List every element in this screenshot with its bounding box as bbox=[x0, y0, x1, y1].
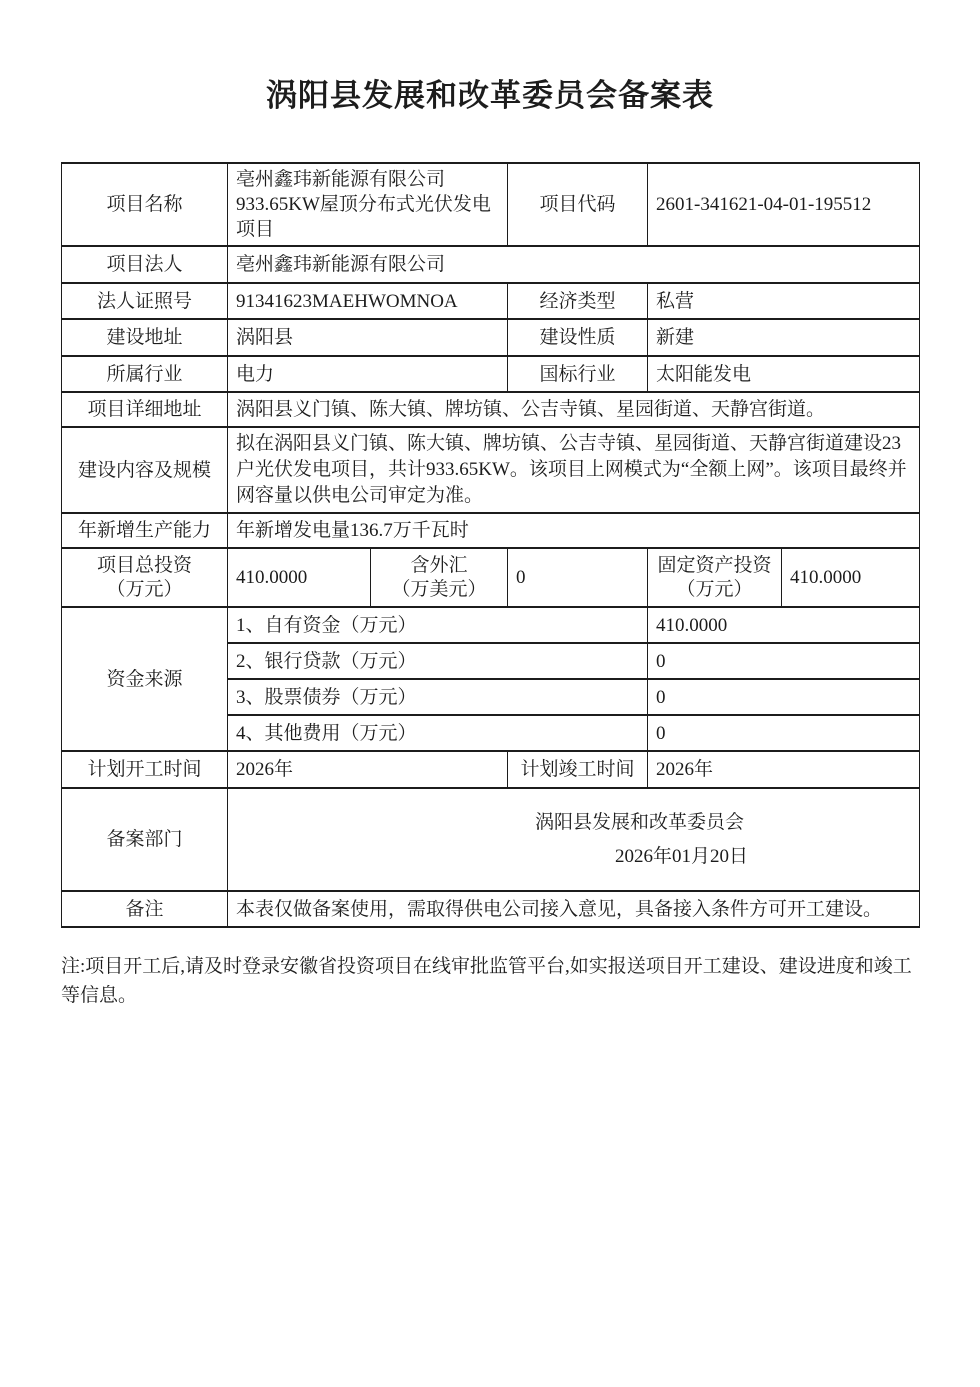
project-name-label: 项目名称 bbox=[62, 163, 228, 246]
funding-label: 资金来源 bbox=[62, 607, 228, 751]
license-no-value: 91341623MAEHWOMNOA bbox=[228, 283, 508, 319]
document-title: 涡阳县发展和改革委员会备案表 bbox=[0, 76, 980, 116]
finish-time-label: 计划竣工时间 bbox=[508, 751, 648, 788]
document-page: 涡阳县发展和改革委员会备案表 项目名称 亳州鑫玮新能源有限公司933.65KW屋… bbox=[0, 0, 980, 1387]
remarks-label: 备注 bbox=[62, 891, 228, 927]
industry-label: 所属行业 bbox=[62, 356, 228, 392]
construction-content-label: 建设内容及规模 bbox=[62, 427, 228, 513]
construction-content-value: 拟在涡阳县义门镇、陈大镇、牌坊镇、公吉寺镇、星园街道、天静宫街道建设23户光伏发… bbox=[228, 427, 920, 513]
foreign-exchange-label-line2: （万美元） bbox=[379, 578, 499, 602]
filing-department-date: 2026年01月20日 bbox=[344, 840, 920, 874]
construction-nature-label: 建设性质 bbox=[508, 319, 648, 356]
fixed-assets-value: 410.0000 bbox=[782, 548, 920, 607]
license-no-label: 法人证照号 bbox=[62, 283, 228, 319]
row-remarks: 备注 本表仅做备案使用，需取得供电公司接入意见，具备接入条件方可开工建设。 bbox=[62, 891, 920, 927]
legal-person-value: 亳州鑫玮新能源有限公司 bbox=[228, 246, 920, 283]
construction-address-label: 建设地址 bbox=[62, 319, 228, 356]
filing-department-name: 涡阳县发展和改革委员会 bbox=[302, 806, 920, 840]
funding-item-2: 2、银行贷款（万元） bbox=[228, 643, 648, 679]
row-schedule: 计划开工时间 2026年 计划竣工时间 2026年 bbox=[62, 751, 920, 788]
foreign-exchange-label: 含外汇 （万美元） bbox=[371, 548, 508, 607]
row-detail-address: 项目详细地址 涡阳县义门镇、陈大镇、牌坊镇、公吉寺镇、星园街道、天静宫街道。 bbox=[62, 392, 920, 427]
row-construction-content: 建设内容及规模 拟在涡阳县义门镇、陈大镇、牌坊镇、公吉寺镇、星园街道、天静宫街道… bbox=[62, 427, 920, 513]
fixed-assets-label-line2: （万元） bbox=[656, 578, 773, 602]
economy-type-label: 经济类型 bbox=[508, 283, 648, 319]
funding-value-4: 0 bbox=[648, 715, 920, 751]
funding-value-1: 410.0000 bbox=[648, 607, 920, 643]
economy-type-value: 私营 bbox=[648, 283, 920, 319]
detail-address-label: 项目详细地址 bbox=[62, 392, 228, 427]
row-legal-person: 项目法人 亳州鑫玮新能源有限公司 bbox=[62, 246, 920, 283]
row-annual-capacity: 年新增生产能力 年新增发电量136.7万千瓦时 bbox=[62, 513, 920, 548]
remarks-value: 本表仅做备案使用，需取得供电公司接入意见，具备接入条件方可开工建设。 bbox=[228, 891, 920, 927]
fixed-assets-label-line1: 固定资产投资 bbox=[656, 554, 773, 578]
total-investment-label: 项目总投资 （万元） bbox=[62, 548, 228, 607]
start-time-value: 2026年 bbox=[228, 751, 508, 788]
project-name-value: 亳州鑫玮新能源有限公司933.65KW屋顶分布式光伏发电项目 bbox=[228, 163, 508, 246]
footer-note: 注:项目开工后,请及时登录安徽省投资项目在线审批监管平台,如实报送项目开工建设、… bbox=[61, 952, 917, 1010]
funding-item-1: 1、自有资金（万元） bbox=[228, 607, 648, 643]
annual-capacity-label: 年新增生产能力 bbox=[62, 513, 228, 548]
total-investment-label-line2: （万元） bbox=[70, 578, 219, 602]
project-code-label: 项目代码 bbox=[508, 163, 648, 246]
row-filing-department: 备案部门 涡阳县发展和改革委员会 2026年01月20日 bbox=[62, 788, 920, 891]
funding-item-4: 4、其他费用（万元） bbox=[228, 715, 648, 751]
industry-value: 电力 bbox=[228, 356, 508, 392]
national-industry-label: 国标行业 bbox=[508, 356, 648, 392]
construction-nature-value: 新建 bbox=[648, 319, 920, 356]
finish-time-value: 2026年 bbox=[648, 751, 920, 788]
legal-person-label: 项目法人 bbox=[62, 246, 228, 283]
annual-capacity-value: 年新增发电量136.7万千瓦时 bbox=[228, 513, 920, 548]
funding-value-3: 0 bbox=[648, 679, 920, 715]
construction-address-value: 涡阳县 bbox=[228, 319, 508, 356]
row-investment: 项目总投资 （万元） 410.0000 含外汇 （万美元） 0 固定资产投资 （… bbox=[62, 548, 920, 607]
detail-address-value: 涡阳县义门镇、陈大镇、牌坊镇、公吉寺镇、星园街道、天静宫街道。 bbox=[228, 392, 920, 427]
national-industry-value: 太阳能发电 bbox=[648, 356, 920, 392]
filing-department-value: 涡阳县发展和改革委员会 2026年01月20日 bbox=[228, 788, 920, 891]
registration-table: 项目名称 亳州鑫玮新能源有限公司933.65KW屋顶分布式光伏发电项目 项目代码… bbox=[61, 162, 920, 928]
filing-department-label: 备案部门 bbox=[62, 788, 228, 891]
row-industry: 所属行业 电力 国标行业 太阳能发电 bbox=[62, 356, 920, 392]
row-funding-1: 资金来源 1、自有资金（万元） 410.0000 bbox=[62, 607, 920, 643]
fixed-assets-label: 固定资产投资 （万元） bbox=[648, 548, 782, 607]
funding-value-2: 0 bbox=[648, 643, 920, 679]
row-project-name: 项目名称 亳州鑫玮新能源有限公司933.65KW屋顶分布式光伏发电项目 项目代码… bbox=[62, 163, 920, 246]
funding-item-3: 3、股票债券（万元） bbox=[228, 679, 648, 715]
total-investment-value: 410.0000 bbox=[228, 548, 371, 607]
foreign-exchange-label-line1: 含外汇 bbox=[379, 554, 499, 578]
row-license: 法人证照号 91341623MAEHWOMNOA 经济类型 私营 bbox=[62, 283, 920, 319]
foreign-exchange-value: 0 bbox=[508, 548, 648, 607]
row-address: 建设地址 涡阳县 建设性质 新建 bbox=[62, 319, 920, 356]
start-time-label: 计划开工时间 bbox=[62, 751, 228, 788]
total-investment-label-line1: 项目总投资 bbox=[70, 554, 219, 578]
project-code-value: 2601-341621-04-01-195512 bbox=[648, 163, 920, 246]
